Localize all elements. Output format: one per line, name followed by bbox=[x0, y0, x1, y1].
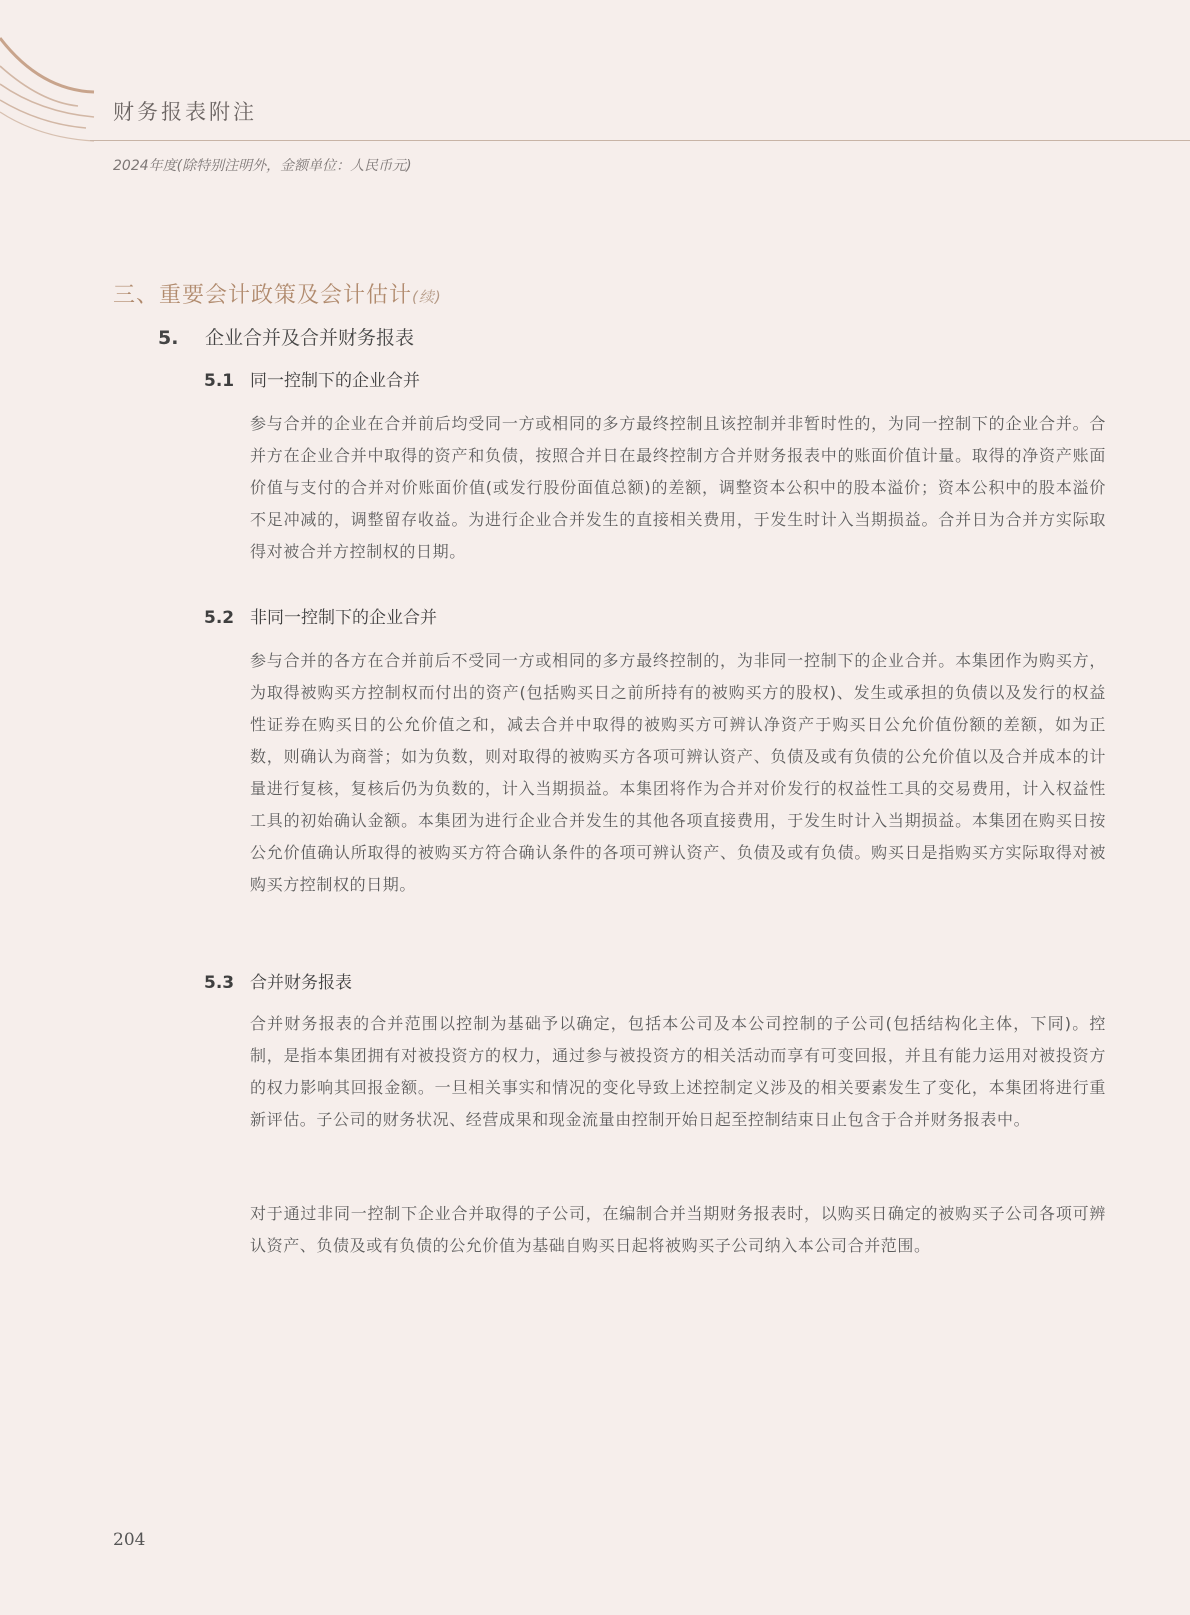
decorative-arcs-icon bbox=[0, 0, 120, 150]
heading-title: 企业合并及合并财务报表 bbox=[205, 327, 414, 349]
section-title-text: 三、重要会计政策及会计估计 bbox=[113, 283, 412, 308]
paragraph-5-3-a: 合并财务报表的合并范围以控制为基础予以确定，包括本公司及本公司控制的子公司(包括… bbox=[250, 1008, 1106, 1136]
subsection-5-1-heading: 5.1同一控制下的企业合并 bbox=[204, 366, 420, 391]
subsection-title: 非同一控制下的企业合并 bbox=[250, 608, 437, 628]
heading-number: 5. bbox=[158, 327, 205, 349]
paragraph-5-1: 参与合并的企业在合并前后均受同一方或相同的多方最终控制且该控制并非暂时性的，为同… bbox=[250, 408, 1106, 568]
subsection-number: 5.2 bbox=[204, 608, 250, 628]
section-title: 三、重要会计政策及会计估计(续) bbox=[113, 278, 442, 309]
paragraph-5-2: 参与合并的各方在合并前后不受同一方或相同的多方最终控制的，为非同一控制下的企业合… bbox=[250, 645, 1106, 901]
report-subtitle: 2024年度(除特别注明外，金额单位：人民币元) bbox=[113, 155, 412, 175]
report-header-title: 财务报表附注 bbox=[113, 96, 257, 126]
subsection-title: 合并财务报表 bbox=[250, 973, 352, 993]
subsection-title: 同一控制下的企业合并 bbox=[250, 371, 420, 391]
page-number: 204 bbox=[113, 1530, 145, 1550]
subsection-number: 5.1 bbox=[204, 371, 250, 391]
subsection-number: 5.3 bbox=[204, 973, 250, 993]
subsection-5-3-heading: 5.3合并财务报表 bbox=[204, 968, 352, 993]
header-divider bbox=[90, 140, 1190, 141]
subsection-5-2-heading: 5.2非同一控制下的企业合并 bbox=[204, 603, 437, 628]
continued-label: (续) bbox=[412, 288, 442, 306]
paragraph-5-3-b: 对于通过非同一控制下企业合并取得的子公司，在编制合并当期财务报表时，以购买日确定… bbox=[250, 1198, 1106, 1262]
heading-5: 5.企业合并及合并财务报表 bbox=[158, 323, 414, 350]
